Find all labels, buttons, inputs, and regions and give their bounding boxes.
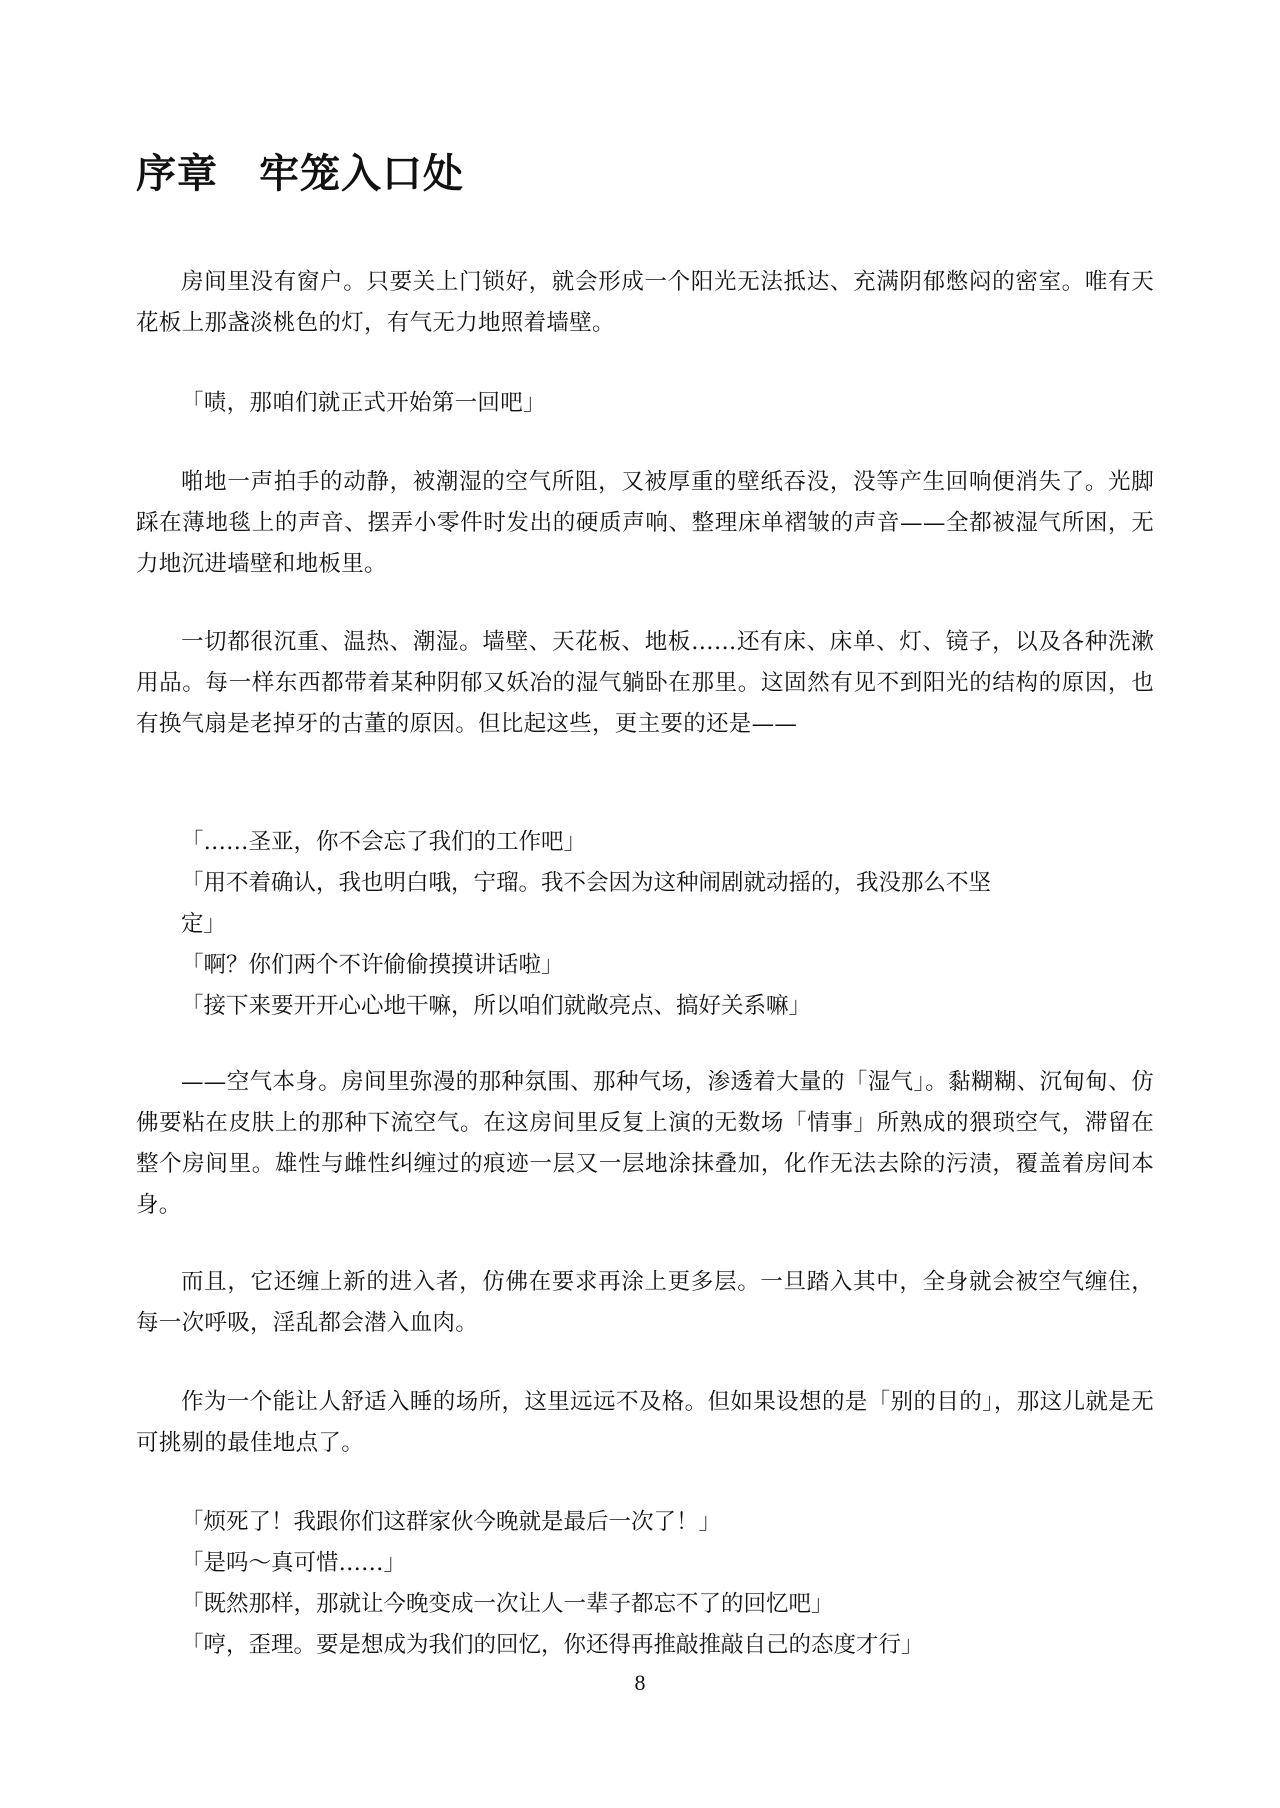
dialogue-line: 「哼，歪理。要是想成为我们的回忆，你还得再推敲推敲自己的态度才行」 — [136, 1625, 1154, 1666]
dialogue-line: 「……圣亚，你不会忘了我们的工作吧」 — [136, 822, 1154, 863]
paragraph-4: 一切都很沉重、温热、潮湿。墙壁、天花板、地板……还有床、床单、灯、镜子，以及各种… — [136, 622, 1154, 745]
chapter-title: 序章 牢笼入口处 — [136, 150, 464, 198]
dialogue-block-1: 「……圣亚，你不会忘了我们的工作吧」 「用不着确认，我也明白哦，宁瑠。我不会因为… — [136, 822, 1154, 1027]
dialogue-line: 「用不着确认，我也明白哦，宁瑠。我不会因为这种闹剧就动摇的，我没那么不坚 — [136, 863, 1154, 904]
paragraph-1: 房间里没有窗户。只要关上门锁好，就会形成一个阳光无法抵达、充满阴郁憋闷的密室。唯… — [136, 262, 1154, 344]
dialogue-line: 「接下来要开开心心地干嘛，所以咱们就敞亮点、搞好关系嘛」 — [136, 986, 1154, 1027]
page-number: 8 — [0, 1670, 1280, 1696]
dialogue-line: 「是吗～真可惜……」 — [136, 1543, 1154, 1584]
dialogue-line-continuation: 定」 — [136, 904, 1154, 945]
paragraph-3: 啪地一声拍手的动静，被潮湿的空气所阻，又被厚重的壁纸吞没，没等产生回响便消失了。… — [136, 462, 1154, 585]
paragraph-2-dialogue: 「啧，那咱们就正式开始第一回吧」 — [136, 383, 1154, 424]
dialogue-block-2: 「烦死了！我跟你们这群家伙今晚就是最后一次了！」 「是吗～真可惜……」 「既然那… — [136, 1502, 1154, 1666]
dialogue-line: 「啊？你们两个不许偷偷摸摸讲话啦」 — [136, 945, 1154, 986]
dialogue-line: 「烦死了！我跟你们这群家伙今晚就是最后一次了！」 — [136, 1502, 1154, 1543]
paragraph-6: 而且，它还缠上新的进入者，仿佛在要求再涂上更多层。一旦踏入其中，全身就会被空气缠… — [136, 1262, 1154, 1344]
paragraph-5: ——空气本身。房间里弥漫的那种氛围、那种气场，渗透着大量的「湿气」。黏糊糊、沉甸… — [136, 1062, 1154, 1226]
dialogue-line: 「既然那样，那就让今晚变成一次让人一辈子都忘不了的回忆吧」 — [136, 1584, 1154, 1625]
paragraph-7: 作为一个能让人舒适入睡的场所，这里远远不及格。但如果设想的是「别的目的」，那这儿… — [136, 1382, 1154, 1464]
